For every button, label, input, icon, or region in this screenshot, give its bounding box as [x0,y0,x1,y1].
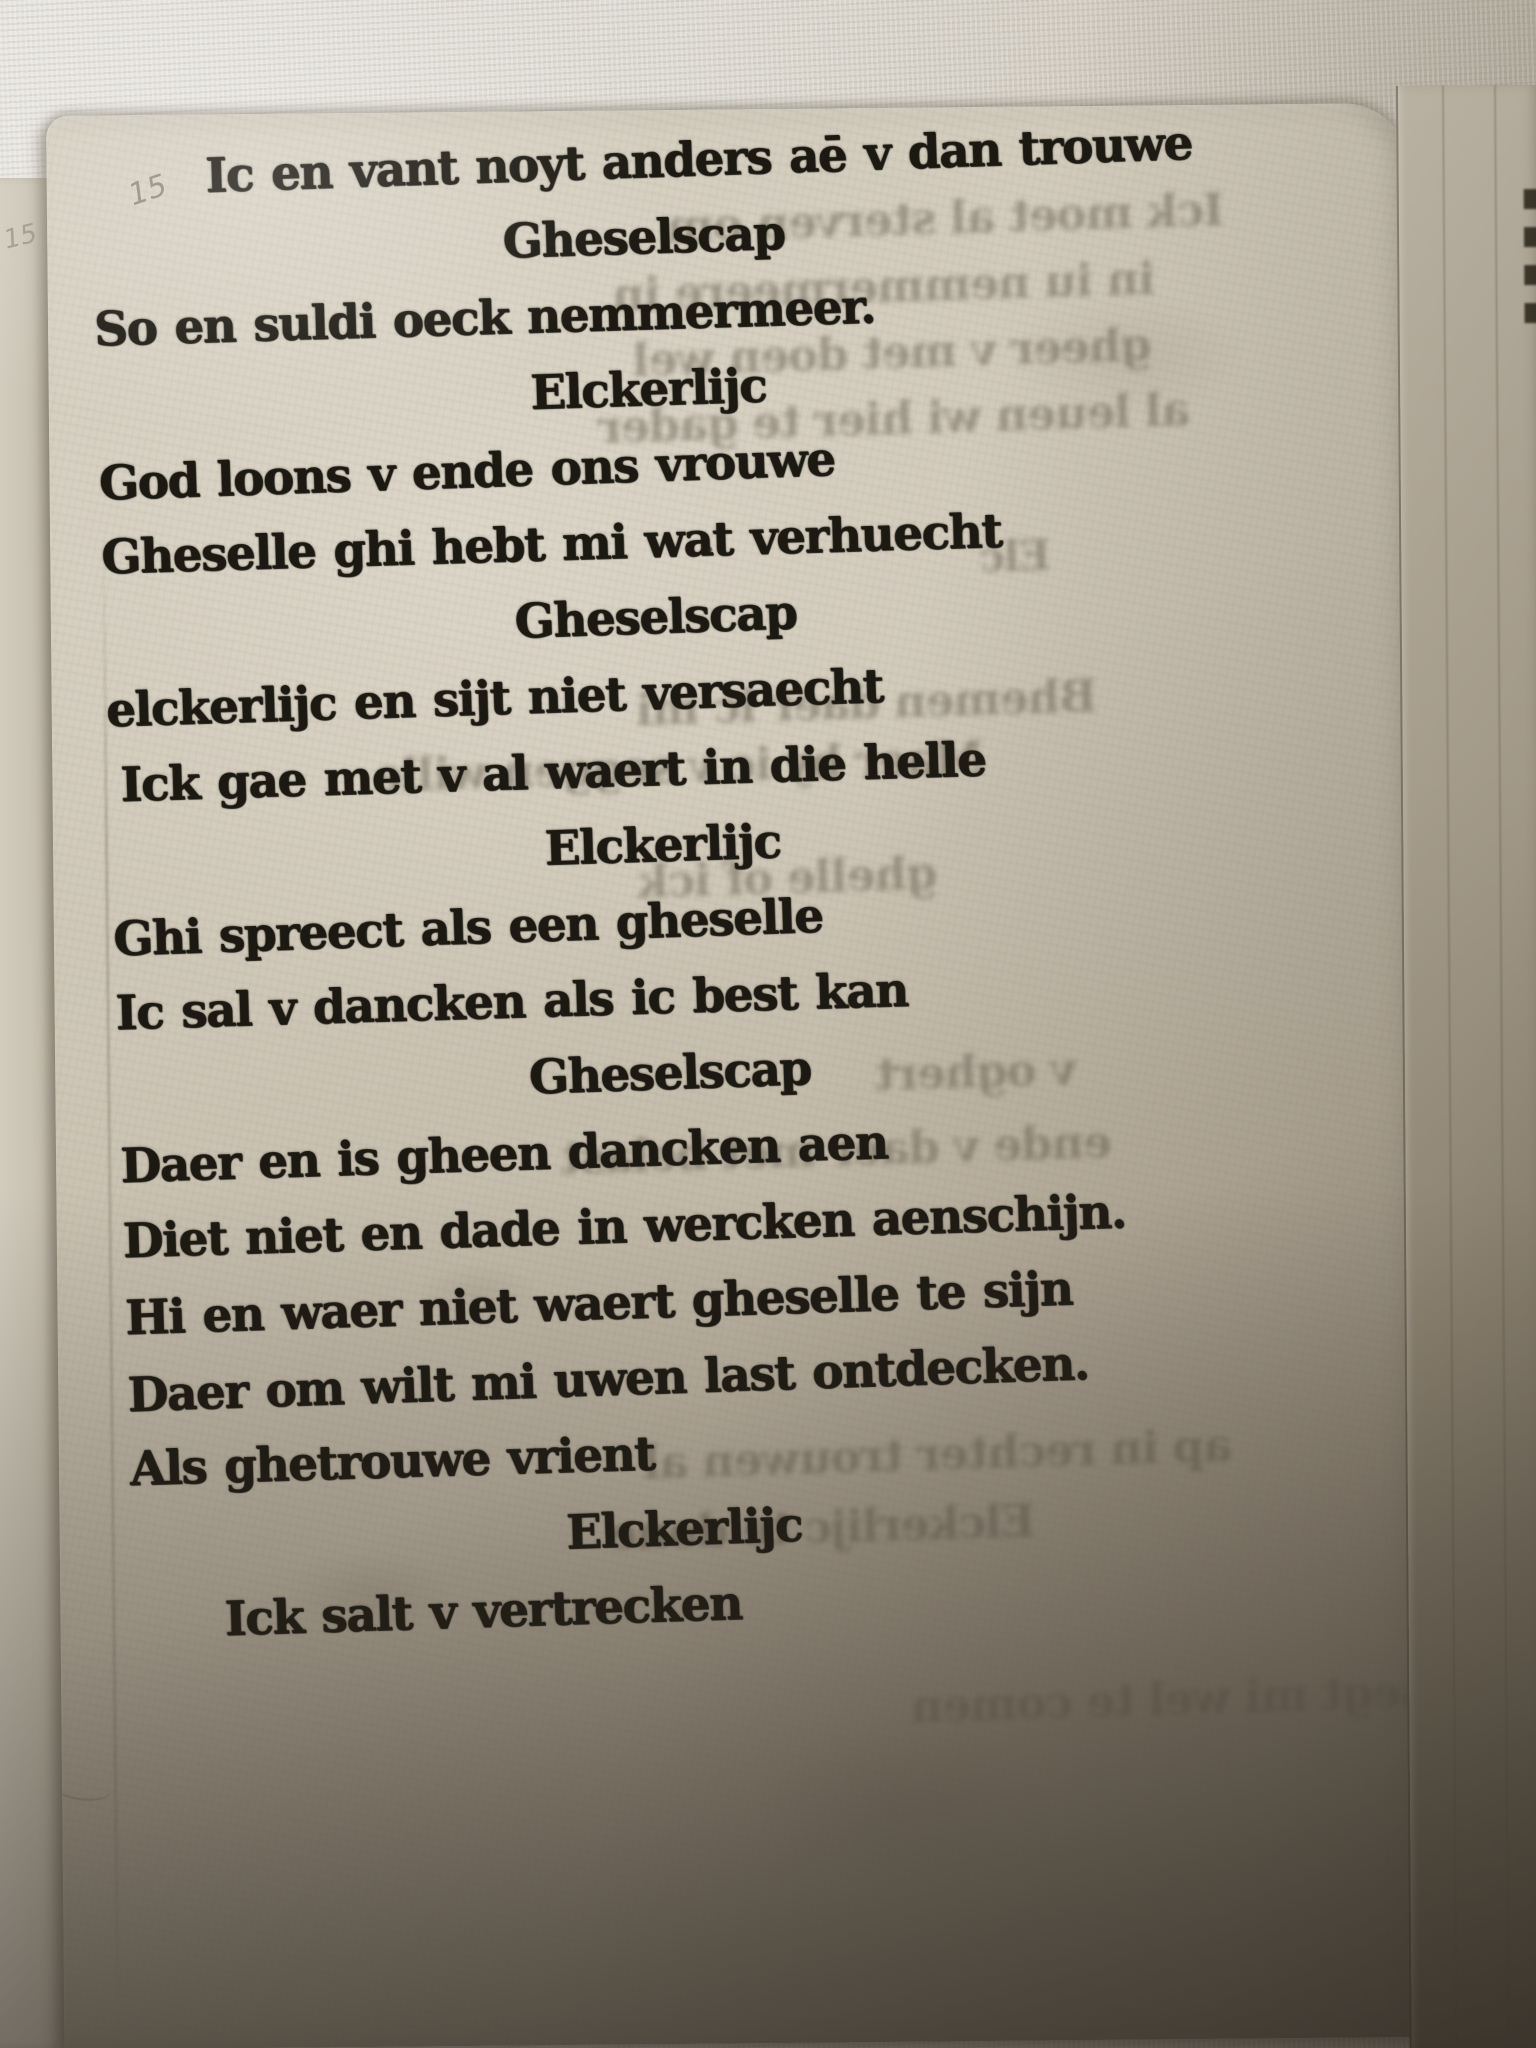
ink-speck [707,547,712,553]
page-edge-line [1442,86,1458,2048]
bleedthrough-layer: Ick moet al sterven omin iu nemmermeere … [46,103,1408,116]
printed-text-block: Ic en vant noyt anders aē v dan trouweGh… [80,106,1247,1660]
book-page: Ick moet al sterven omin iu nemmermeere … [46,103,1427,2048]
page-edge-line [1494,85,1510,2048]
book-photograph: Ick moet al sterven omin iu nemmermeere … [0,0,1536,2048]
adjacent-page-text-sliver [1524,189,1536,339]
bleedthrough-fragment: Ghi segt mi wel te comen [911,1661,1427,1733]
book-fore-edge [1396,85,1536,2048]
